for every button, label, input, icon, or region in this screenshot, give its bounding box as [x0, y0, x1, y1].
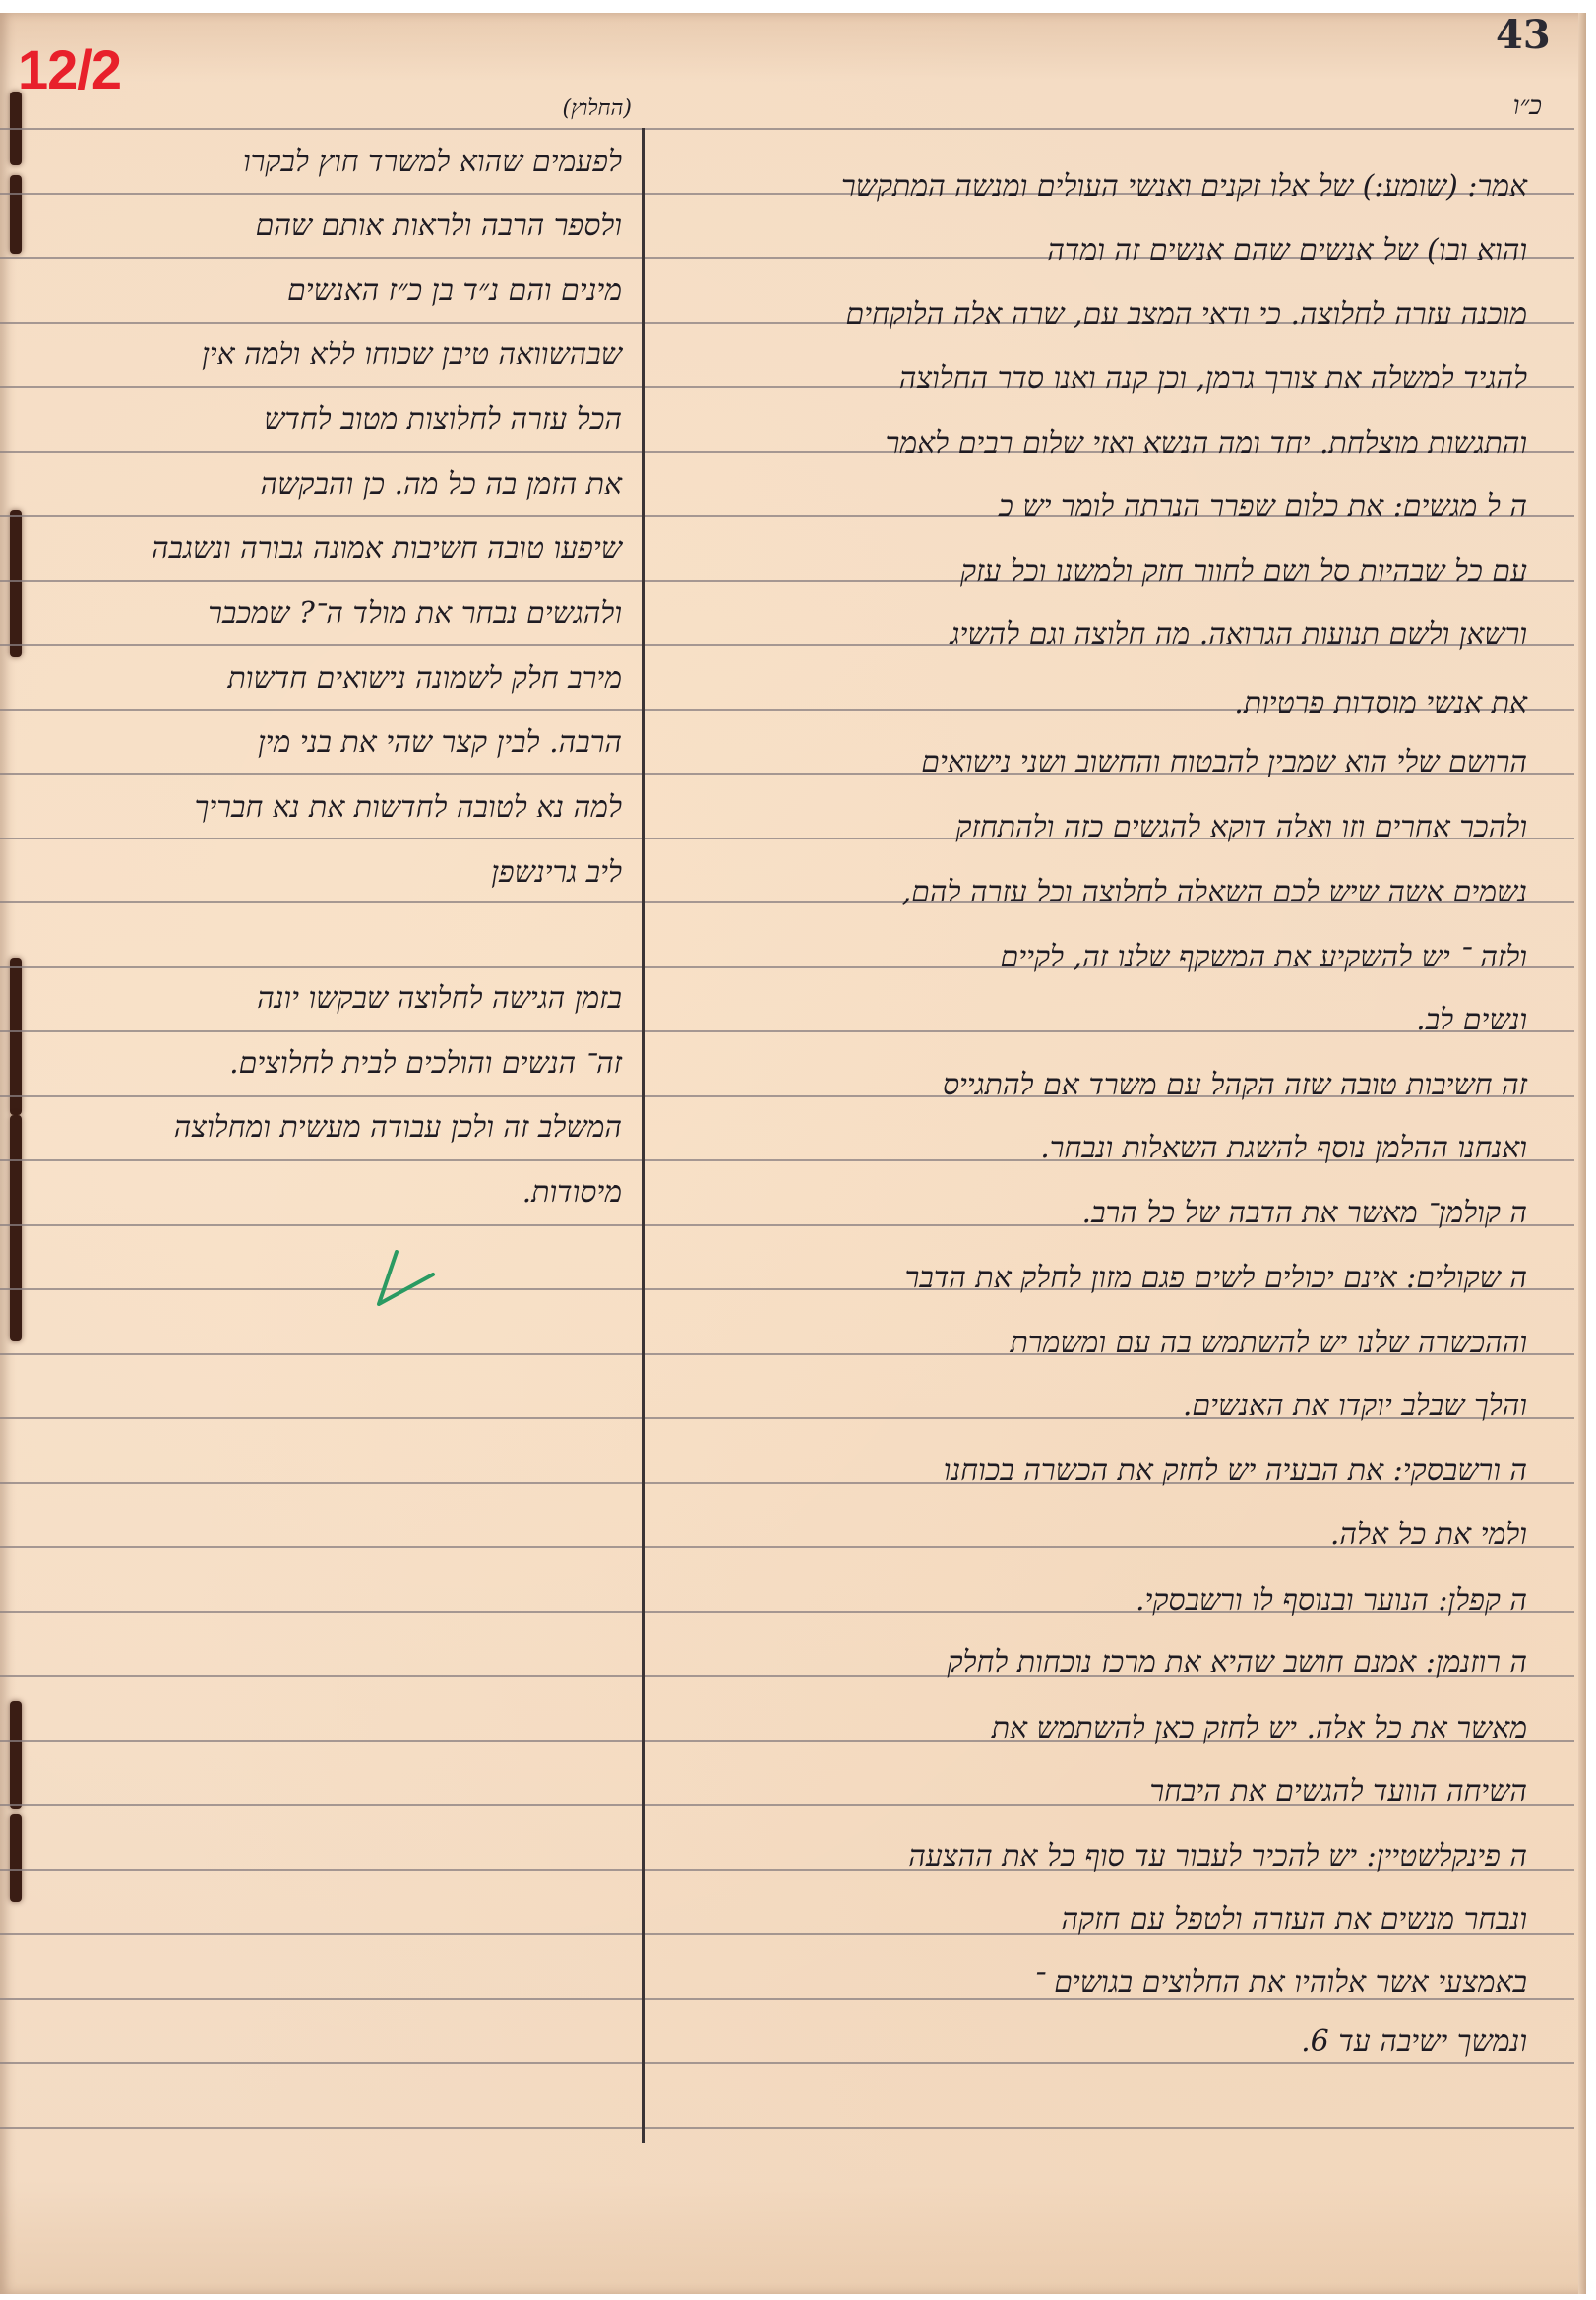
right-column-line: ואנחנו ההלמן נוסף להשגת השאלות ונבחר. — [1040, 1134, 1527, 1163]
right-column-line: ה ל מגשים: את כלום שפרר הנרתה לומר יש כ — [999, 492, 1527, 522]
left-column-line: שבהשוואה טיבן שכוחו ללא ולמה אין — [202, 341, 622, 370]
right-column-line: וההכשרה שלנו יש להשתמש בה עם ומשמרת — [1011, 1329, 1528, 1358]
binding-mark — [10, 175, 22, 254]
left-column-line: את הזמן בה כל מה. כן והבקשה — [261, 470, 622, 500]
right-column-line: ורשאן ולשם תנועות הגרואה. מה חלוצה וגם ל… — [951, 620, 1527, 650]
binding-mark — [10, 958, 22, 1115]
right-column-line: ה פינקלשטיין: יש להכיר לעבור עד סוף כל א… — [908, 1842, 1527, 1872]
binding-mark — [10, 510, 22, 657]
left-column-line: ולספר הרבה ולראות אותם שהם — [256, 212, 622, 241]
right-column-line: ה שקולים: אינם יכולים לשים פגם מזון לחלק… — [905, 1264, 1527, 1293]
header-mark: כ״ו — [1513, 93, 1542, 119]
left-column-line: שיפעו טובה חשיבות אמונה גבורה ונשגבה — [152, 534, 622, 564]
right-column-line: זה חשיבות טובה שזה הקהל עם משרד אם להתגי… — [943, 1071, 1527, 1100]
ruled-line — [0, 1030, 1574, 1032]
right-column-line: אמר: (שומע:) של אלו זקנים ואנשי העולים ו… — [841, 172, 1527, 202]
left-column-line: ולהגשים נבחר את מולד ה־? שמכבר — [208, 599, 622, 629]
right-column-line: ונבחר מנשים את העזרה ולטפל עם חזקה — [1061, 1905, 1527, 1935]
page-number: 43 — [1496, 12, 1551, 58]
binding-mark — [10, 1814, 22, 1902]
left-column-line: הרבה. לבין קצר שהי את בני מין — [258, 728, 622, 758]
right-column-line: ה ורשבסקי: את הבעיה יש לחזק את הכשרה בכו… — [944, 1457, 1527, 1486]
left-column-line: למה נא לטובה לחדשות את נא חבריך — [195, 793, 622, 823]
right-column-line: ה רוזנמן: אמנם חושב שהיא את מרכז נוכחות … — [947, 1648, 1527, 1678]
right-column-line: מוכנה עזרה לחלוצה. כי ודאי המצב עם, שרה … — [846, 300, 1527, 330]
left-column-line: מיסודות. — [522, 1178, 622, 1208]
left-column-heading: (החלוץ) — [563, 98, 632, 120]
right-column-line: ולזה ־ יש להשקיע את המשקף שלנו זה, לקיים — [1000, 943, 1527, 972]
left-column-line: מירב חלק לשמונה נישואים חדשות — [228, 664, 622, 694]
left-column-line: מינים והם נ״ד בן כ״ז האנשים — [287, 277, 622, 306]
right-column-line: ה קפלן: הנוער ובנוסף לו ורשבסקי. — [1136, 1586, 1527, 1616]
right-column-line: מאשר את כל אלה. יש לחזק כאן להשתמש את — [992, 1714, 1527, 1744]
right-column-line: ונמשך ישיבה עד 6. — [1301, 2027, 1527, 2057]
right-column-line: ולמי את כל אלה. — [1330, 1521, 1527, 1550]
column-divider — [642, 128, 645, 2143]
left-column-line: זה־ הנשים והולכים לבית לחלוצים. — [229, 1049, 622, 1079]
left-column-line: הכל עזרה לחלוצות מטוב לחדש — [264, 405, 622, 435]
right-column-line: ולהכר אחרים וזו ואלה דוקא להגשים כזה ולה… — [956, 813, 1527, 842]
check-mark-icon — [369, 1250, 438, 1309]
right-column-line: הרושם שלי הוא שמבין להבטוח והחשוב ושני נ… — [921, 748, 1527, 777]
binding-mark — [10, 1701, 22, 1809]
right-column-line: ונשים לב. — [1416, 1006, 1527, 1035]
right-column-line: והוא ובו) של אנשים שהם אנשים זה ומדה — [1047, 236, 1527, 266]
left-column-line: לפעמים שהוא למשרד חוץ לבקרו — [243, 148, 622, 177]
right-column-line: והלך שבלב יוקדו את האנשים. — [1183, 1392, 1527, 1421]
left-column-line: בזמן הגישה לחלוצה שבקשו יונה — [257, 984, 622, 1014]
right-column-line: באמצעי אשר אלוהיו את החלוצים בגושים ־ — [1033, 1968, 1527, 1998]
date-stamp: 12/2 — [18, 37, 121, 101]
binding-mark — [10, 1115, 22, 1341]
right-column-line: והתגשות מוצלחת. יחד ומה הנשא ואזי שלום ר… — [886, 429, 1527, 459]
left-column-line: המשלב זה ולכן עבודה מעשית ומחלוצה — [174, 1113, 622, 1143]
right-column-line: נשמים אשה שיש לכם השאלה לחלוצה וכל עזרה … — [902, 878, 1527, 907]
right-column-line: ה קולמן־ מאשר את הדבה של כל הרב. — [1082, 1199, 1527, 1228]
left-column-line: ליב גרינשפן — [491, 858, 622, 888]
ruled-line — [0, 128, 1574, 130]
page-edge — [1578, 13, 1586, 2294]
ruled-line — [0, 2127, 1574, 2129]
right-column-line: השיחה הוועד להגשים את היבחר — [1149, 1777, 1527, 1807]
right-column-line: עם כל שבהיות סל ושם לחוור חזק ולמשנו וכל… — [960, 557, 1527, 587]
right-column-line: להגיד למשלה את צורך גרמן, וכן קנה ואנו ס… — [899, 364, 1527, 394]
ruled-line — [0, 2062, 1574, 2064]
right-column-line: את אנשי מוסדות פרטיות. — [1234, 689, 1527, 718]
